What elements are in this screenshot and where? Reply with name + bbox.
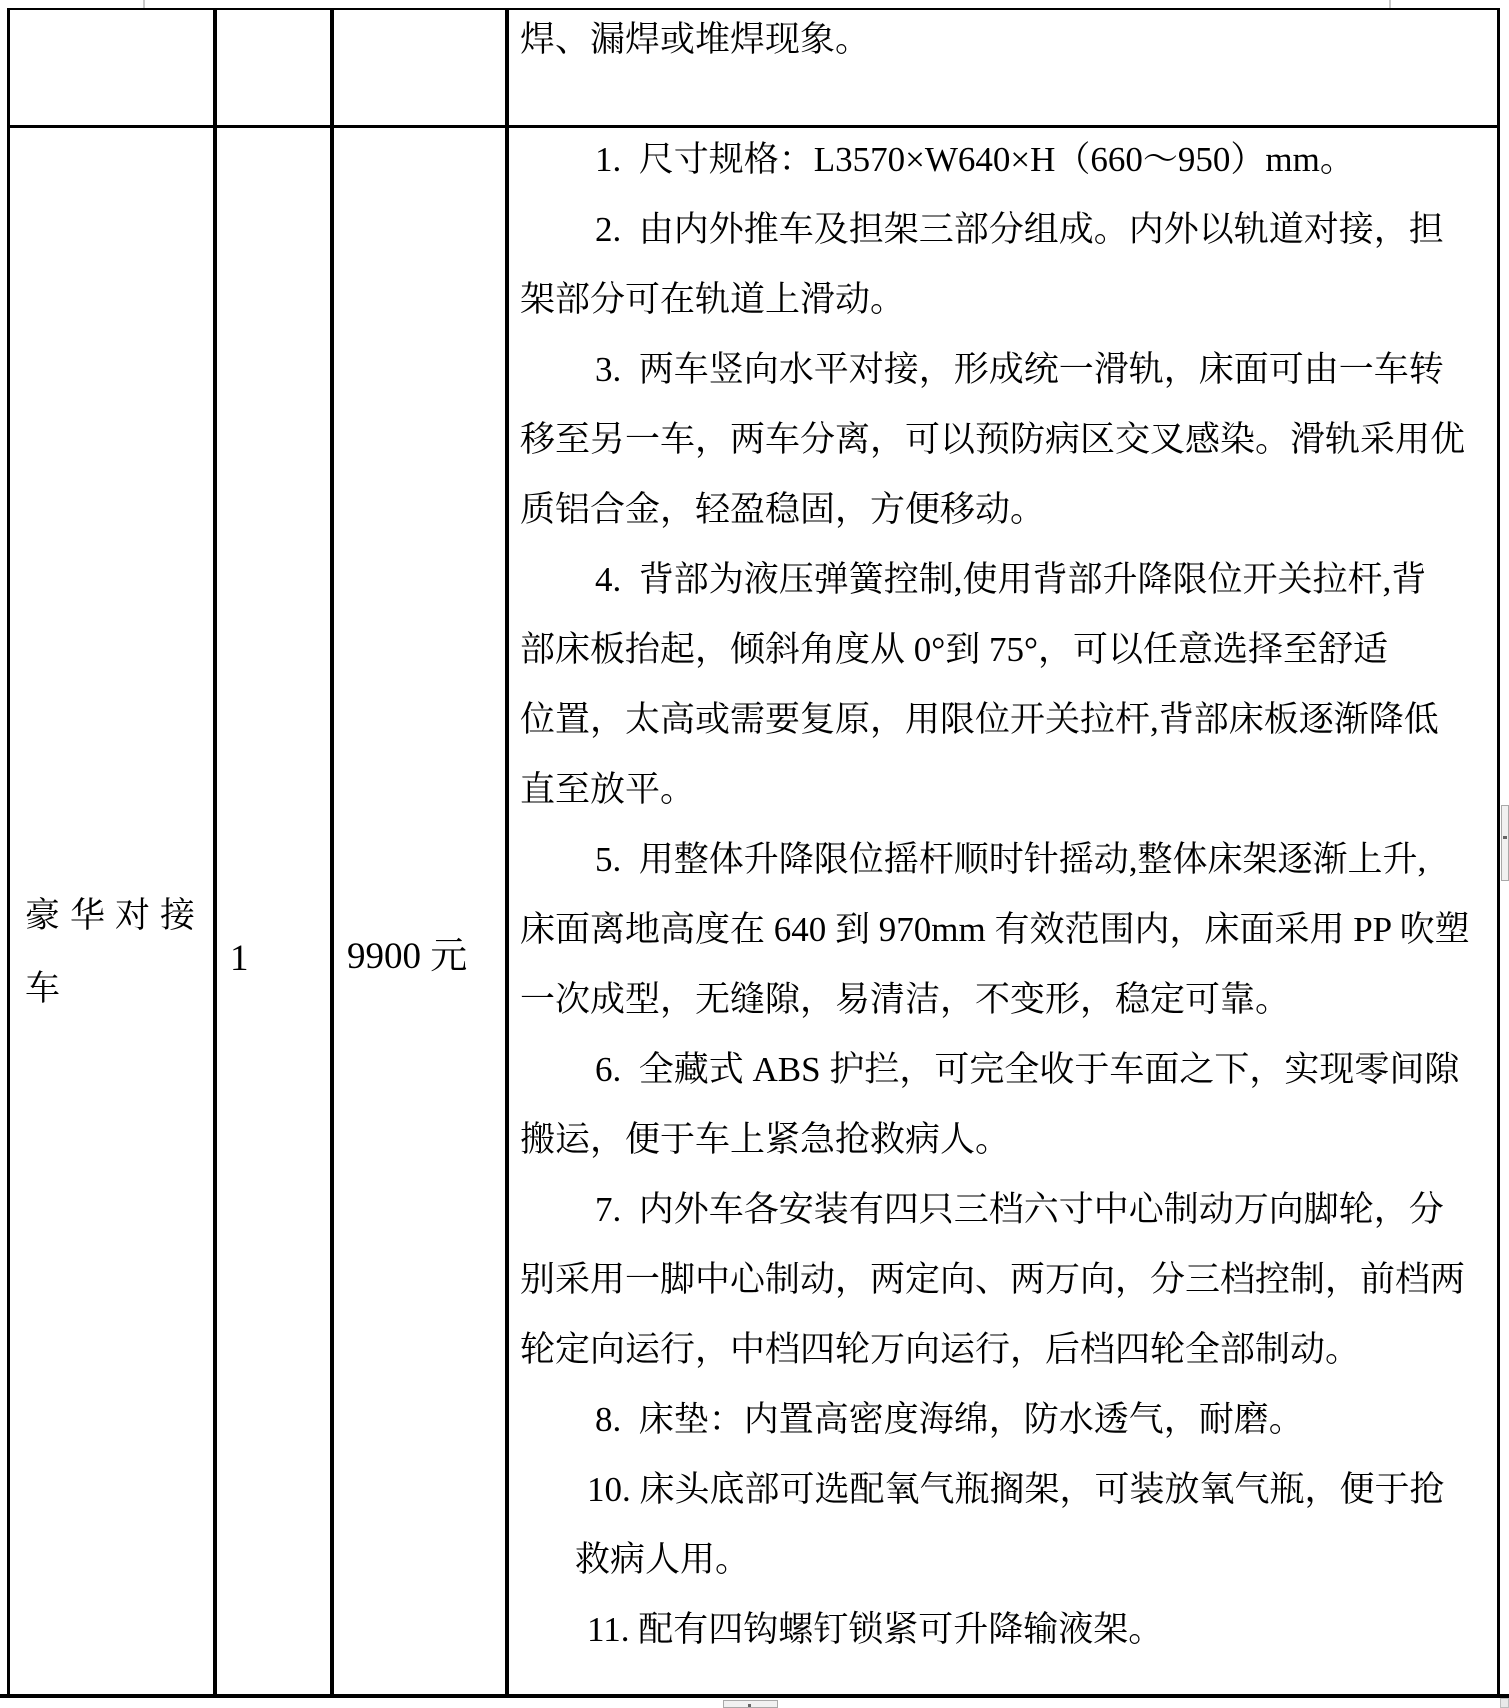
spec-line: 移至另一车，两车分离，可以预防病区交叉感染。滑轨采用优 [509, 405, 1498, 475]
product-name-line2: 车 [25, 969, 60, 1009]
spec-line: 轮定向运行，中档四轮万向运行，后档四轮全部制动。 [509, 1315, 1498, 1385]
price-cell: 9900 元 [347, 936, 467, 978]
top-gutter-mark-left [143, 0, 145, 8]
spec-line: 架部分可在轨道上滑动。 [509, 265, 1498, 335]
table-border-left [7, 8, 10, 1697]
spec-line: 一次成型，无缝隙，易清洁，不变形，稳定可靠。 [509, 965, 1498, 1035]
spec-line: 直至放平。 [509, 755, 1498, 825]
quantity-cell: 1 [230, 938, 249, 980]
horizontal-scrollbar-grip [748, 1704, 751, 1707]
spec-line: 7. 内外车各安装有四只三档六寸中心制动万向脚轮，分 [509, 1175, 1498, 1245]
spec-line: 位置，太高或需要复原，用限位开关拉杆,背部床板逐渐降低 [509, 685, 1498, 755]
spec-line: 1. 尺寸规格：L3570×W640×H（660～950）mm。 [509, 125, 1498, 195]
prev-row-description-cell: 焊、漏焊或堆焊现象。 [509, 12, 1498, 68]
spec-line: 3. 两车竖向水平对接，形成统一滑轨，床面可由一车转 [509, 335, 1498, 405]
table-border-bottom [0, 1694, 1509, 1698]
spec-line: 别采用一脚中心制动，两定向、两万向，分三档控制，前档两 [509, 1245, 1498, 1315]
document-page: 焊、漏焊或堆焊现象。 豪华对接 车 1 9900 元 1. 尺寸规格：L3570… [0, 0, 1509, 1708]
spec-line: 5. 用整体升降限位摇杆顺时针摇动,整体床架逐渐上升, [509, 825, 1498, 895]
spec-line: 4. 背部为液压弹簧控制,使用背部升降限位开关拉杆,背 [509, 545, 1498, 615]
product-name-char: 华 [70, 896, 105, 936]
spec-line: 床面离地高度在 640 到 970mm 有效范围内，床面采用 PP 吹塑 [509, 895, 1498, 965]
product-name-char: 接 [160, 896, 195, 936]
spec-line: 11. 配有四钩螺钉锁紧可升降输液架。 [509, 1595, 1498, 1665]
spec-line: 10. 床头底部可选配氧气瓶搁架，可装放氧气瓶，便于抢 [509, 1455, 1498, 1525]
spec-line: 救病人用。 [509, 1525, 1498, 1595]
product-name-char: 豪 [25, 896, 60, 936]
spec-line: 8. 床垫：内置高密度海绵，防水透气，耐磨。 [509, 1385, 1498, 1455]
spec-line: 质铝合金，轻盈稳固，方便移动。 [509, 475, 1498, 545]
corner-scrollbar-fragment [1500, 1698, 1509, 1708]
table-divider-name-qty [213, 8, 217, 1697]
spec-line: 6. 全藏式 ABS 护拦，可完全收于车面之下，实现零间隙 [509, 1035, 1498, 1105]
vertical-scrollbar-thumb[interactable] [1501, 805, 1509, 881]
specification-cell: 1. 尺寸规格：L3570×W640×H（660～950）mm。2. 由内外推车… [509, 125, 1498, 1665]
scrollbar-thumb-grip [1503, 836, 1507, 839]
spec-line: 2. 由内外推车及担架三部分组成。内外以轨道对接，担 [509, 195, 1498, 265]
spec-line: 搬运，便于车上紧急抢救病人。 [509, 1105, 1498, 1175]
prev-row-text: 焊、漏焊或堆焊现象。 [509, 12, 1498, 68]
table-border-top [7, 8, 1500, 10]
product-name-char: 对 [115, 896, 150, 936]
table-divider-qty-price [330, 8, 334, 1697]
product-name-line1: 豪华对接 [25, 896, 195, 936]
spec-line: 部床板抬起，倾斜角度从 0°到 75°，可以任意选择至舒适 [509, 615, 1498, 685]
